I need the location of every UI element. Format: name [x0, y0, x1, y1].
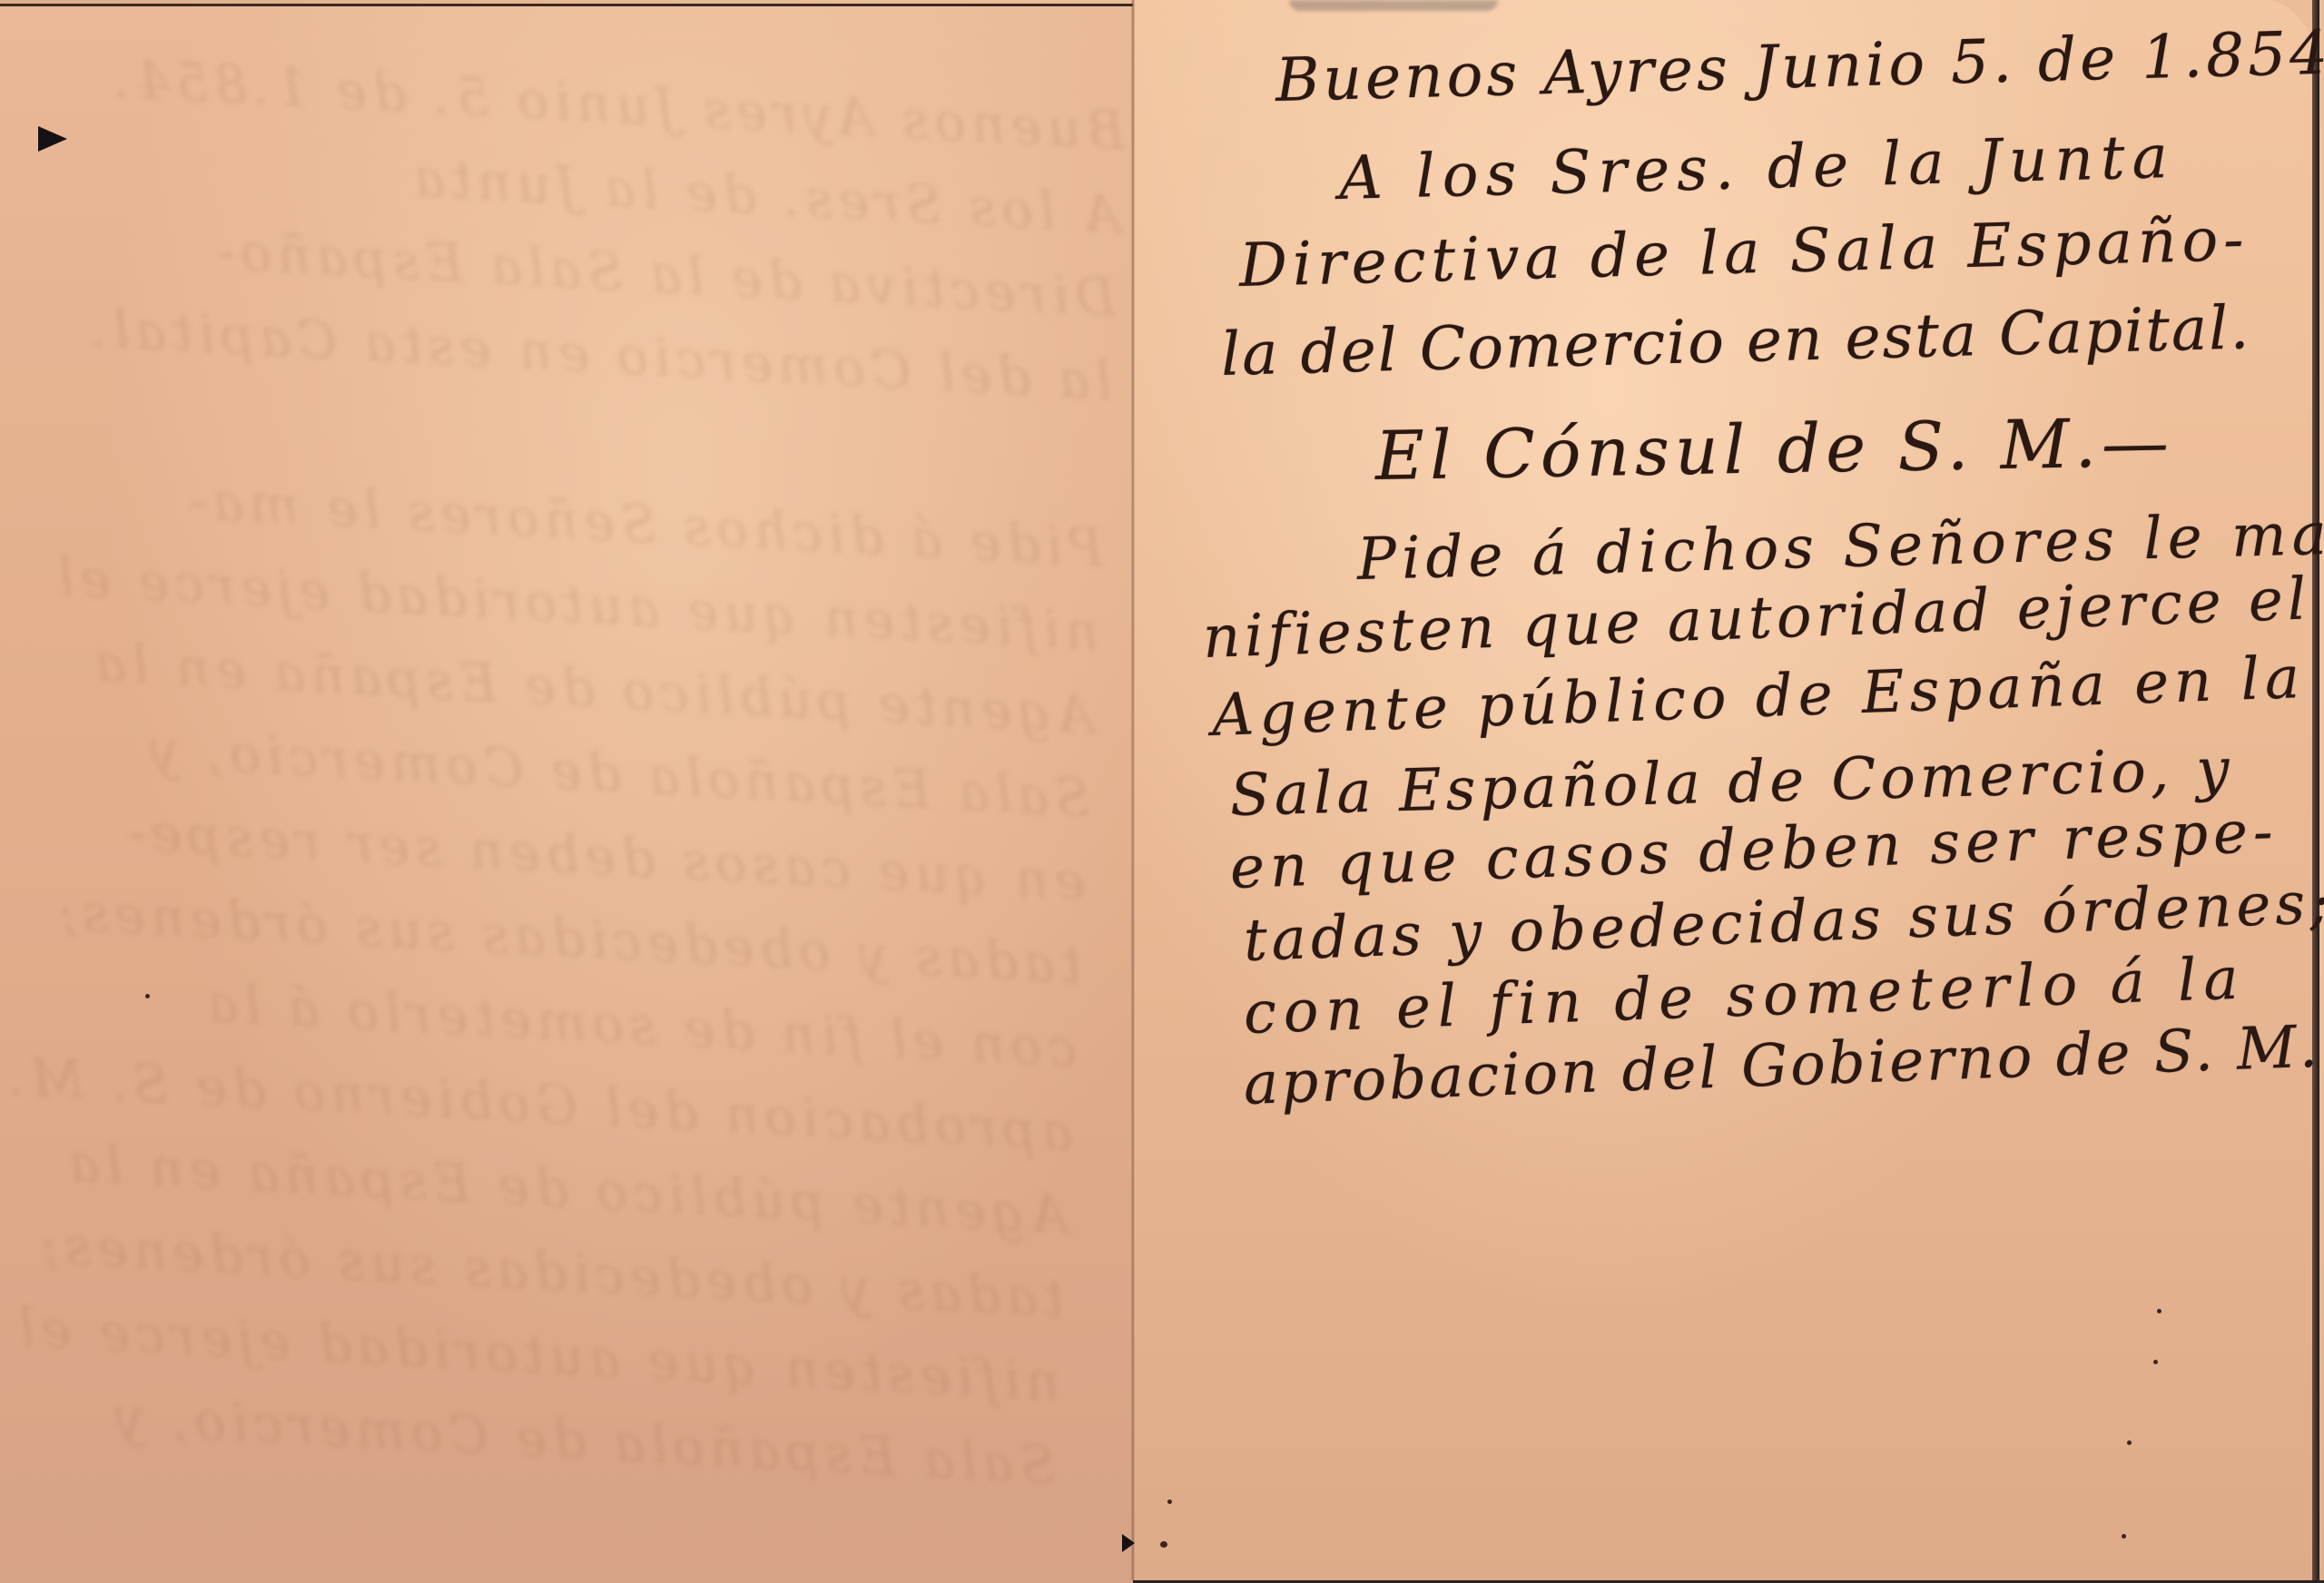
- sender-line: El Cónsul de S. M.—: [1374, 404, 2174, 496]
- document-spread: Buenos Ayres Junio 5. de 1.854. A los Sr…: [0, 0, 2324, 1580]
- page-marker-icon: [1122, 1534, 1135, 1552]
- ink-speck: [145, 994, 150, 998]
- ink-speck: [2127, 1440, 2132, 1445]
- ink-speck: [2157, 1309, 2162, 1313]
- ink-bleed-through: Buenos Ayres Junio 5. de 1.854. A los Sr…: [0, 34, 1128, 1576]
- ink-speck: [2153, 1360, 2158, 1364]
- ink-speck: [1167, 1499, 1172, 1504]
- ink-speck: [2122, 1534, 2126, 1539]
- center-fold: [1131, 0, 1135, 1580]
- left-page: Buenos Ayres Junio 5. de 1.854. A los Sr…: [0, 4, 1133, 1580]
- page-marker-icon: [38, 126, 67, 152]
- page-shadow: [1289, 0, 1498, 11]
- ink-speck: [1160, 1541, 1167, 1548]
- page-edge: [2312, 0, 2319, 1580]
